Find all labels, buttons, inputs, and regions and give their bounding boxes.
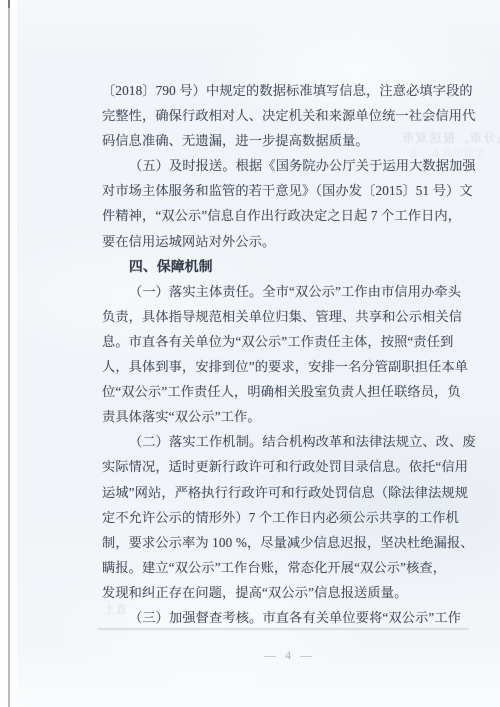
scanned-document-page: 头分市，报送双市 乞以公认么一乞 直土 〔2018〕790 号）中规定的数据标准…	[0, 0, 500, 707]
document-line: （五）及时报送。根据《国务院办公厅关于运用大数据加强	[102, 153, 480, 178]
document-line: 完整性，确保行政相对人、决定机关和来源单位统一社会信用代	[102, 103, 480, 128]
document-line: 责具体落实“双公示”工作。	[102, 404, 480, 429]
document-line: 瞒报。建立“双公示”工作台账，常态化开展“双公示”核查，	[102, 555, 480, 580]
document-line: 位“双公示”工作责任人，明确相关股室负责人担任联络员，负	[102, 379, 480, 404]
document-line: 要在信用运城网站对外公示。	[102, 229, 480, 254]
scanner-edge-line	[8, 0, 10, 707]
document-line: 〔2018〕790 号）中规定的数据标准填写信息，注意必填字段的	[102, 78, 480, 103]
document-line: 运城”网站，严格执行行政许可和行政处罚信息（除法律法规规	[102, 480, 480, 505]
document-line: 定不允许公示的情形外）7 个工作日内必须公示共享的工作机	[102, 505, 480, 530]
text-block: 〔2018〕790 号）中规定的数据标准填写信息，注意必填字段的完整性，确保行政…	[102, 78, 480, 630]
document-line: （一）落实主体责任。全市“双公示”工作由市信用办牵头	[102, 279, 480, 304]
section-heading: 四、保障机制	[102, 254, 480, 279]
document-line: （二）落实工作机制。结合机构改革和法律法规立、改、废	[102, 429, 480, 454]
scan-crease-line	[97, 628, 469, 630]
document-line: 码信息准确、无遗漏，进一步提高数据质量。	[102, 128, 480, 153]
document-line: 人，具体到事，安排到位”的要求，安排一名分管副职担任本单	[102, 354, 480, 379]
document-line: （三）加强督查考核。市直各有关单位要将“双公示”工作	[102, 605, 480, 630]
paper-sheet: 头分市，报送双市 乞以公认么一乞 直土 〔2018〕790 号）中规定的数据标准…	[17, 0, 500, 707]
document-line: 制，要求公示率为 100 %，尽量减少信息迟报，坚决杜绝漏报、	[102, 530, 480, 555]
document-line: 息。市直各有关单位为“双公示”工作责任主体，按照“责任到	[102, 329, 480, 354]
document-line: 实际情况，适时更新行政许可和行政处罚目录信息。依托“信用	[102, 454, 480, 479]
document-line: 件精神，“双公示”信息自作出行政决定之日起 7 个工作日内，	[102, 203, 480, 228]
page-number: — 4 —	[102, 648, 477, 663]
document-line: 发现和纠正存在问题，提高“双公示”信息报送质量。	[102, 580, 480, 605]
document-line: 负责，具体指导规范相关单位归集、管理、共享和公示相关信	[102, 304, 480, 329]
document-line: 对市场主体服务和监管的若干意见》（国办发〔2015〕51 号）文	[102, 178, 480, 203]
